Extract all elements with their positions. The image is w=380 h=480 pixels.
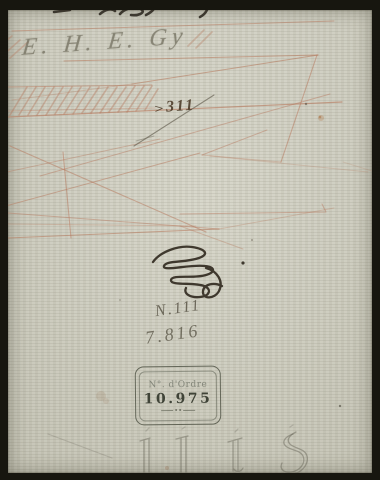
stamp-title: N°. d'Ordre xyxy=(148,380,207,391)
ornament-bar xyxy=(161,410,173,411)
inscription-number-311: >311 xyxy=(153,98,195,117)
ink-strokes-top xyxy=(54,10,208,17)
graphite-numerals xyxy=(140,425,307,473)
ornament-dot xyxy=(179,409,181,411)
stamp-number: 10.975 xyxy=(144,391,213,408)
arrow-mark: > xyxy=(154,103,166,116)
ornament-bar xyxy=(183,409,195,410)
stamp-ornament xyxy=(161,409,195,411)
scan-background: E. H. E. Gy >311 N.111 7.816 N°. d'Ordre… xyxy=(0,0,380,480)
stamp-inner-border: N°. d'Ordre 10.975 xyxy=(139,370,218,421)
paraph-scribble xyxy=(153,247,245,298)
paper-sheet: E. H. E. Gy >311 N.111 7.816 N°. d'Ordre… xyxy=(8,10,372,473)
ornament-dot xyxy=(175,409,177,411)
order-number-stamp: N°. d'Ordre 10.975 xyxy=(135,366,222,426)
number-311-text: 311 xyxy=(166,97,196,116)
